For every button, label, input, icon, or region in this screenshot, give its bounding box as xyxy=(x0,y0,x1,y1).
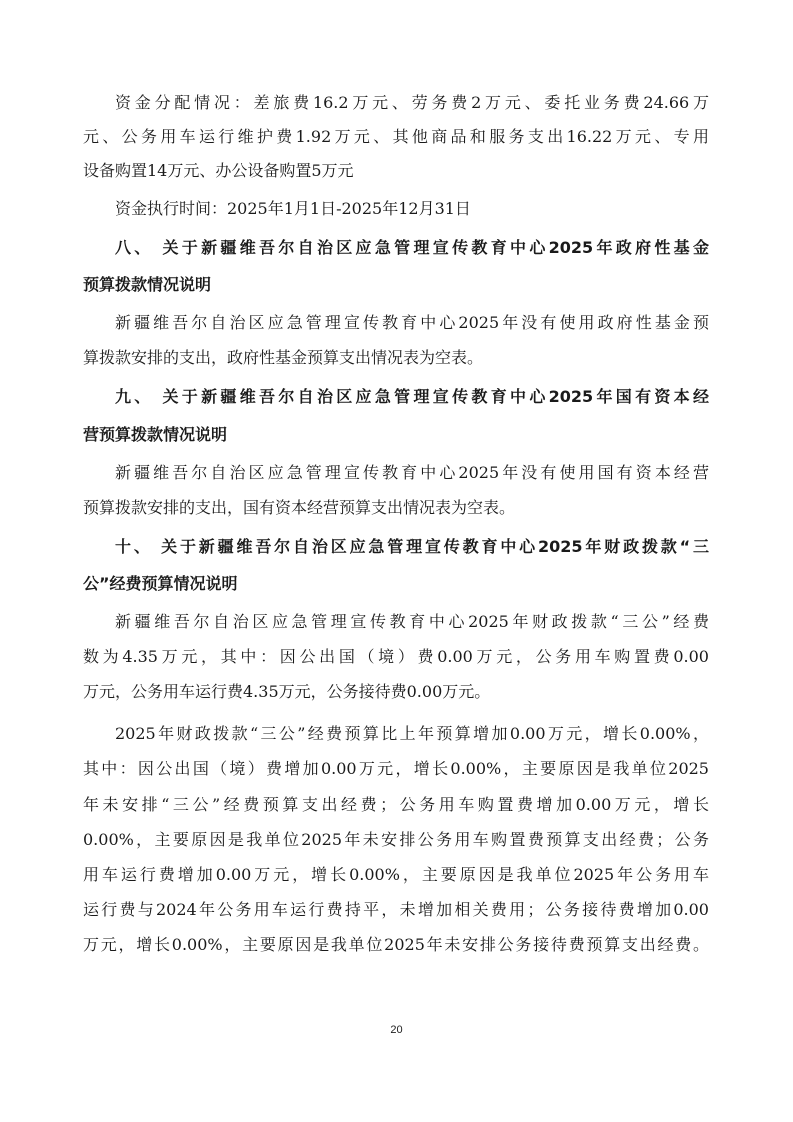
section-9-body-line-2: 预算拨款安排的支出，国有资本经营预算支出情况表为空表。 xyxy=(83,491,709,525)
section-9-heading-line-2: 营预算拨款情况说明 xyxy=(83,418,709,452)
section-8-heading-line-2: 预算拨款情况说明 xyxy=(83,268,709,302)
three-public-expense-line-2: 其中：因公出国（境）费增加0.00万元，增长0.00%，主要原因是我单位2025 xyxy=(83,752,709,786)
section-8-heading-line-1: 八、 关于新疆维吾尔自治区应急管理宣传教育中心2025年政府性基金 xyxy=(83,231,709,265)
funding-allocation-line-2: 元、公务用车运行维护费1.92万元、其他商品和服务支出16.22万元、专用 xyxy=(83,120,709,154)
funding-allocation-line-3: 设备购置14万元、办公设备购置5万元 xyxy=(83,154,709,188)
section-9-body-line-1: 新疆维吾尔自治区应急管理宣传教育中心2025年没有使用国有资本经营 xyxy=(83,456,709,490)
three-public-expense-line-4: 0.00%，主要原因是我单位2025年未安排公务用车购置费预算支出经费；公务 xyxy=(83,823,709,857)
three-public-expense-line-5: 用车运行费增加0.00万元，增长0.00%，主要原因是我单位2025年公务用车 xyxy=(83,858,709,892)
section-8-body-line-2: 算拨款安排的支出，政府性基金预算支出情况表为空表。 xyxy=(83,341,709,375)
section-10-body-line-1: 新疆维吾尔自治区应急管理宣传教育中心2025年财政拨款“三公”经费 xyxy=(83,605,709,639)
section-10-body-line-2: 数为4.35万元，其中：因公出国（境）费0.00万元，公务用车购置费0.00 xyxy=(83,640,709,674)
section-10-heading-line-1: 十、 关于新疆维吾尔自治区应急管理宣传教育中心2025年财政拨款“三 xyxy=(83,530,709,564)
three-public-expense-line-6: 运行费与2024年公务用车运行费持平，未增加相关费用；公务接待费增加0.00 xyxy=(83,893,709,927)
section-8-body-line-1: 新疆维吾尔自治区应急管理宣传教育中心2025年没有使用政府性基金预 xyxy=(83,306,709,340)
funding-execution-time: 资金执行时间：2025年1月1日-2025年12月31日 xyxy=(83,192,709,226)
three-public-expense-line-7: 万元，增长0.00%，主要原因是我单位2025年未安排公务接待费预算支出经费。 xyxy=(83,928,709,962)
section-9-heading-line-1: 九、 关于新疆维吾尔自治区应急管理宣传教育中心2025年国有资本经 xyxy=(83,380,709,414)
page-number: 20 xyxy=(0,1024,793,1036)
three-public-expense-line-1: 2025年财政拨款“三公”经费预算比上年预算增加0.00万元，增长0.00%， xyxy=(83,717,709,751)
three-public-expense-line-3: 年未安排“三公”经费预算支出经费；公务用车购置费增加0.00万元，增长 xyxy=(83,788,709,822)
funding-allocation-line-1: 资金分配情况：差旅费16.2万元、劳务费2万元、委托业务费24.66万 xyxy=(83,86,709,120)
section-10-body-line-3: 万元，公务用车运行费4.35万元，公务接待费0.00万元。 xyxy=(83,675,709,709)
section-10-heading-line-2: 公”经费预算情况说明 xyxy=(83,567,709,601)
